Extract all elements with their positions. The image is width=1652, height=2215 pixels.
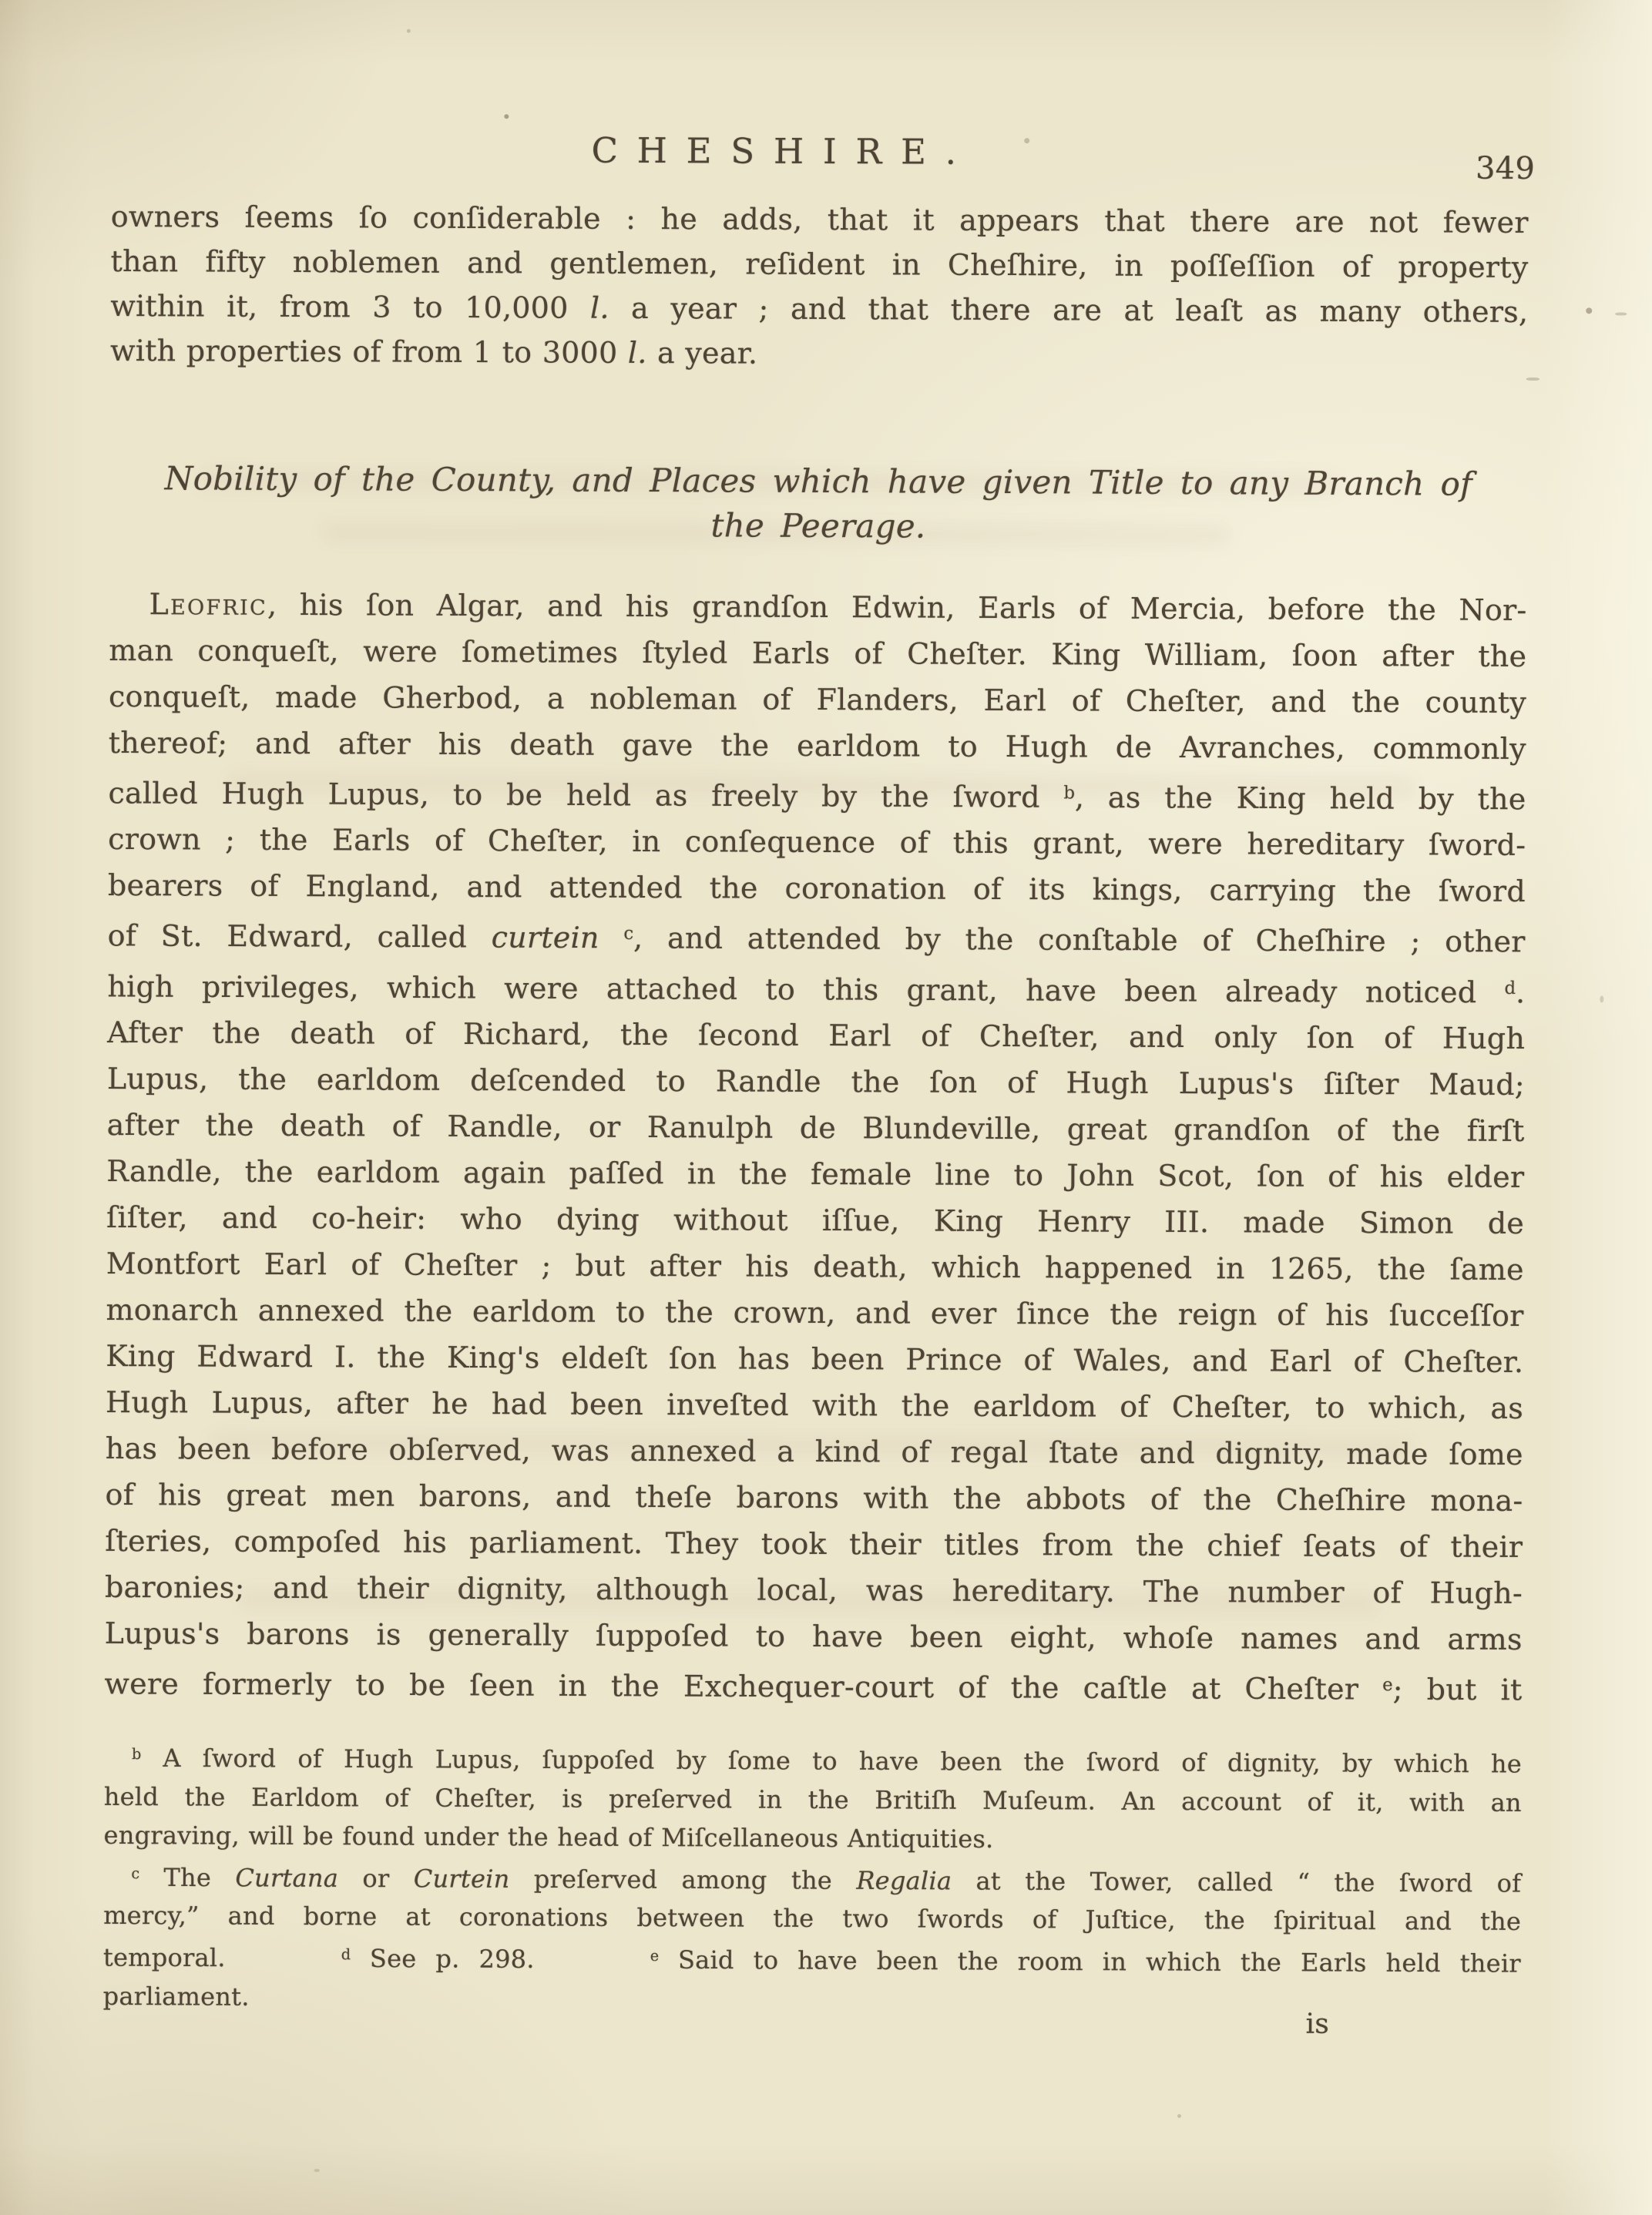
small-caps-name: Leofric xyxy=(149,587,267,622)
footnote-marker: d xyxy=(341,1945,351,1963)
italic-text: curtein xyxy=(492,921,599,955)
section-heading: Nobility of the County, and Places which… xyxy=(109,456,1527,552)
italic-text: Regalia xyxy=(856,1865,952,1895)
body-line: man conqueſt, were ſometimes ſtyled Earl… xyxy=(109,627,1526,680)
paper-speck xyxy=(314,2169,320,2172)
body-line: baronies; and their dignity, although lo… xyxy=(105,1564,1523,1616)
page-content: CHESHIRE. 349 owners ſeems ſo conſiderab… xyxy=(0,0,1652,2215)
body-line: ſteries, compoſed his parliament. They t… xyxy=(105,1518,1523,1570)
page-number: 349 xyxy=(1476,151,1535,186)
intro-line: than fifty noblemen and gentlemen, reſid… xyxy=(110,239,1528,290)
footnote-marker: c xyxy=(623,924,633,944)
footnote-line: temporal.d See p. 298.e Said to have bee… xyxy=(103,1935,1521,1983)
body-line: has been before obſerved, was annexed a … xyxy=(106,1425,1523,1478)
body-line: ſiſter, and co-heir: who dying without i… xyxy=(106,1194,1524,1247)
spacer xyxy=(226,1965,341,1967)
footnotes: b A ſword of Hugh Lupus, ſuppoſed by ſom… xyxy=(103,1735,1523,2022)
body-line: bearers of England, and attended the cor… xyxy=(108,862,1526,915)
heading-line: Nobility of the County, and Places which… xyxy=(109,456,1527,507)
intro-line: with properties of from 1 to 3000 l. a y… xyxy=(110,328,1528,379)
scanned-book-page: CHESHIRE. 349 owners ſeems ſo conſiderab… xyxy=(0,0,1652,2215)
running-head: CHESHIRE. xyxy=(111,128,1456,175)
body-line: Randle, the earldom again paſſed in the … xyxy=(106,1148,1524,1200)
italic-text: Curtana xyxy=(235,1863,338,1893)
paper-speck xyxy=(1177,2114,1181,2118)
heading-line: the Peerage. xyxy=(109,501,1527,552)
paper-speck xyxy=(1615,312,1627,315)
spacer xyxy=(535,1967,650,1968)
body-line: were formerly to be ſeen in the Excheque… xyxy=(104,1656,1522,1713)
paper-speck xyxy=(407,29,411,33)
intro-paragraph: owners ſeems ſo conſiderable : he adds, … xyxy=(110,194,1529,379)
footnote-line: engraving, will be found under the head … xyxy=(103,1816,1521,1861)
footnote-marker: e xyxy=(1382,1675,1393,1695)
paper-speck xyxy=(1586,307,1592,314)
catchword: is xyxy=(1305,2009,1329,2040)
footnote-line: held the Earldom of Cheſter, is preſerve… xyxy=(104,1777,1522,1822)
body-line: after the death of Randle, or Ranulph de… xyxy=(106,1102,1524,1154)
intro-line: within it, from 3 to 10,000 l. a year ; … xyxy=(110,284,1528,334)
body-line: of St. Edward, called curtein c, and att… xyxy=(108,908,1526,965)
footnote-line: mercy,” and borne at coronations between… xyxy=(103,1896,1521,1941)
italic-text: l. xyxy=(628,336,647,370)
main-paragraph: Leofric, his ſon Algar, and his grandſon… xyxy=(104,581,1526,1713)
paper-speck xyxy=(1600,995,1603,1002)
footnote-line: c The Curtana or Curtein preſerved among… xyxy=(103,1854,1521,1903)
body-line: of his great men barons, and theſe baron… xyxy=(105,1472,1523,1524)
body-line: Leofric, his ſon Algar, and his grandſon… xyxy=(109,581,1526,633)
body-line: monarch annexed the earldom to the crown… xyxy=(106,1287,1523,1339)
body-line: Hugh Lupus, after he had been inveſted w… xyxy=(106,1379,1523,1431)
body-line: called Hugh Lupus, to be held as freely … xyxy=(108,766,1526,822)
footnote-marker: d xyxy=(1504,978,1516,998)
italic-text: l. xyxy=(590,291,609,325)
paper-speck xyxy=(504,114,509,119)
footnote-marker: b xyxy=(132,1745,141,1763)
body-line: King Edward I. the King's eldeſt ſon has… xyxy=(106,1333,1523,1385)
body-line: conqueſt, made Gherbod, a nobleman of Fl… xyxy=(109,673,1526,726)
body-line: crown ; the Earls of Cheſter, in conſequ… xyxy=(108,816,1526,868)
body-line: After the death of Richard, the ſecond E… xyxy=(107,1009,1525,1062)
footnote-marker: c xyxy=(131,1864,139,1882)
body-line: Lupus, the earldom deſcended to Randle t… xyxy=(107,1055,1525,1108)
body-line: thereof; and after his death gave the ea… xyxy=(109,720,1526,772)
body-line: Lupus's barons is generally ſuppoſed to … xyxy=(105,1610,1523,1663)
italic-text: Curtein xyxy=(414,1864,510,1894)
intro-line: owners ſeems ſo conſiderable : he adds, … xyxy=(111,194,1529,245)
footnote-line: b A ſword of Hugh Lupus, ſuppoſed by ſom… xyxy=(104,1735,1522,1784)
paper-speck xyxy=(1024,138,1029,143)
body-line: Montfort Earl of Cheſter ; but after his… xyxy=(106,1240,1524,1293)
footnote-marker: e xyxy=(650,1947,659,1965)
footnote-marker: b xyxy=(1063,783,1075,803)
paper-speck xyxy=(1526,378,1540,381)
body-line: high privileges, which were attached to … xyxy=(107,959,1525,1015)
